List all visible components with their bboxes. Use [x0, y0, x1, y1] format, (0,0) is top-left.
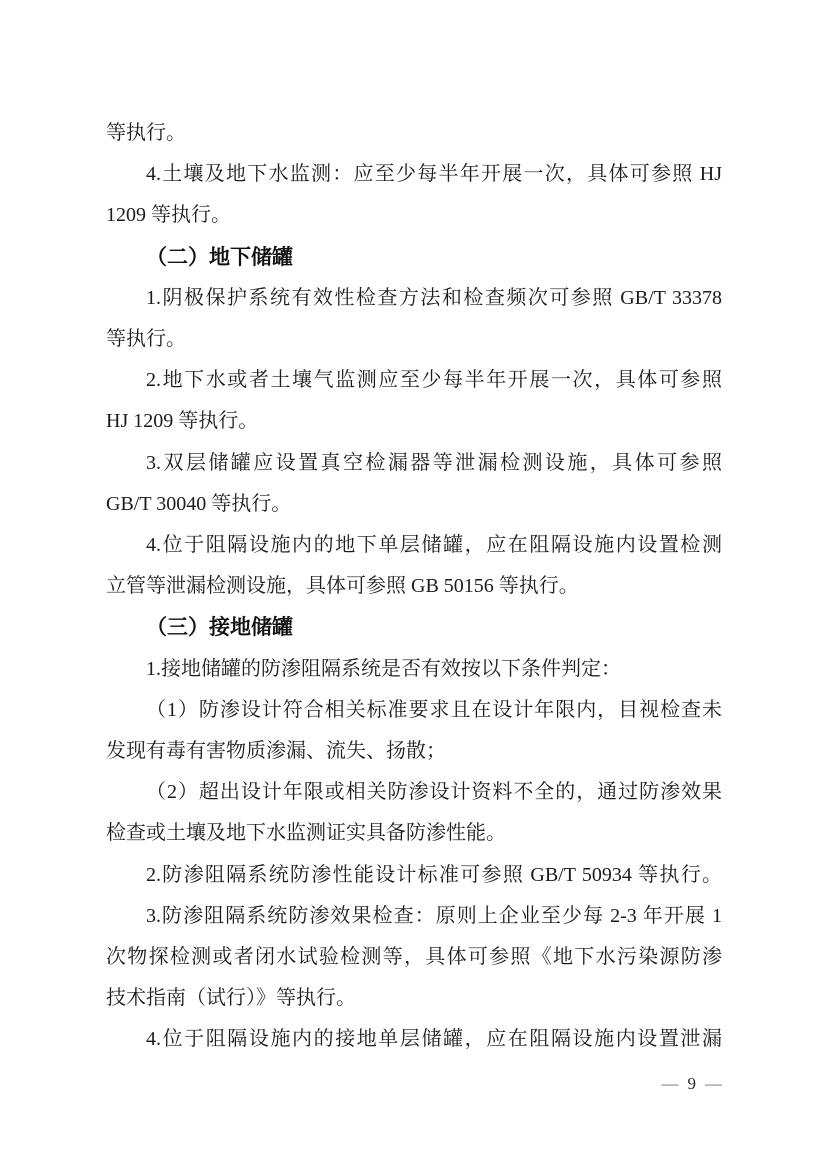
text-line: 3.防渗阻隔系统防渗效果检查：原则上企业至少每 2-3 年开展 1	[106, 896, 722, 937]
document-page: 等执行。4.土壤及地下水监测：应至少每半年开展一次，具体可参照 HJ1209 等…	[0, 0, 826, 1169]
text-line: HJ 1209 等执行。	[106, 401, 722, 442]
text-line: 1209 等执行。	[106, 195, 722, 236]
paragraph: 4.位于阻隔设施内的接地单层储罐，应在阻隔设施内设置泄漏	[106, 1019, 722, 1060]
text-line: 等执行。	[106, 319, 722, 360]
text-line: 次物探检测或者闭水试验检测等，具体可参照《地下水污染源防渗	[106, 937, 722, 978]
page-number-dash-left: —	[662, 1072, 679, 1096]
page-number-dash-right: —	[705, 1072, 722, 1096]
text-line: 1.接地储罐的防渗阻隔系统是否有效按以下条件判定：	[106, 649, 722, 690]
text-line: （2）超出设计年限或相关防渗设计资料不全的，通过防渗效果	[106, 772, 722, 813]
text-line: GB/T 30040 等执行。	[106, 484, 722, 525]
text-line: 1.阴极保护系统有效性检查方法和检查频次可参照 GB/T 33378	[106, 278, 722, 319]
text-line: （1）防渗设计符合相关标准要求且在设计年限内，目视检查未	[106, 690, 722, 731]
text-line: 发现有毒有害物质渗漏、流失、扬散；	[106, 731, 722, 772]
paragraph: 4.位于阻隔设施内的地下单层储罐，应在阻隔设施内设置检测立管等泄漏检测设施，具体…	[106, 525, 722, 607]
text-line: 检查或土壤及地下水监测证实具备防渗性能。	[106, 813, 722, 854]
section-heading: （三）接地储罐	[106, 607, 722, 648]
page-number: — 9 —	[662, 1072, 723, 1096]
text-line: 2.地下水或者土壤气监测应至少每半年开展一次，具体可参照	[106, 360, 722, 401]
paragraph: 3.双层储罐应设置真空检漏器等泄漏检测设施，具体可参照GB/T 30040 等执…	[106, 443, 722, 525]
section-heading: （二）地下储罐	[106, 237, 722, 278]
text-line: 2.防渗阻隔系统防渗性能设计标准可参照 GB/T 50934 等执行。	[106, 855, 722, 896]
text-line: 等执行。	[106, 113, 722, 154]
text-line: 4.位于阻隔设施内的地下单层储罐，应在阻隔设施内设置检测	[106, 525, 722, 566]
paragraph: 2.防渗阻隔系统防渗性能设计标准可参照 GB/T 50934 等执行。	[106, 855, 722, 896]
paragraph: 等执行。	[106, 113, 722, 154]
paragraph: 2.地下水或者土壤气监测应至少每半年开展一次，具体可参照HJ 1209 等执行。	[106, 360, 722, 442]
paragraph: 4.土壤及地下水监测：应至少每半年开展一次，具体可参照 HJ1209 等执行。	[106, 154, 722, 236]
text-line: 立管等泄漏检测设施，具体可参照 GB 50156 等执行。	[106, 566, 722, 607]
text-line: 4.土壤及地下水监测：应至少每半年开展一次，具体可参照 HJ	[106, 154, 722, 195]
text-line: 3.双层储罐应设置真空检漏器等泄漏检测设施，具体可参照	[106, 443, 722, 484]
heading-text: （二）地下储罐	[106, 237, 722, 278]
paragraph: （1）防渗设计符合相关标准要求且在设计年限内，目视检查未发现有毒有害物质渗漏、流…	[106, 690, 722, 772]
paragraph: 1.接地储罐的防渗阻隔系统是否有效按以下条件判定：	[106, 649, 722, 690]
paragraph: 1.阴极保护系统有效性检查方法和检查频次可参照 GB/T 33378等执行。	[106, 278, 722, 360]
page-number-value: 9	[688, 1072, 697, 1096]
heading-text: （三）接地储罐	[106, 607, 722, 648]
text-line: 4.位于阻隔设施内的接地单层储罐，应在阻隔设施内设置泄漏	[106, 1019, 722, 1060]
paragraph: 3.防渗阻隔系统防渗效果检查：原则上企业至少每 2-3 年开展 1次物探检测或者…	[106, 896, 722, 1020]
paragraph: （2）超出设计年限或相关防渗设计资料不全的，通过防渗效果检查或土壤及地下水监测证…	[106, 772, 722, 854]
document-body: 等执行。4.土壤及地下水监测：应至少每半年开展一次，具体可参照 HJ1209 等…	[106, 113, 722, 1061]
text-line: 技术指南（试行）》等执行。	[106, 978, 722, 1019]
